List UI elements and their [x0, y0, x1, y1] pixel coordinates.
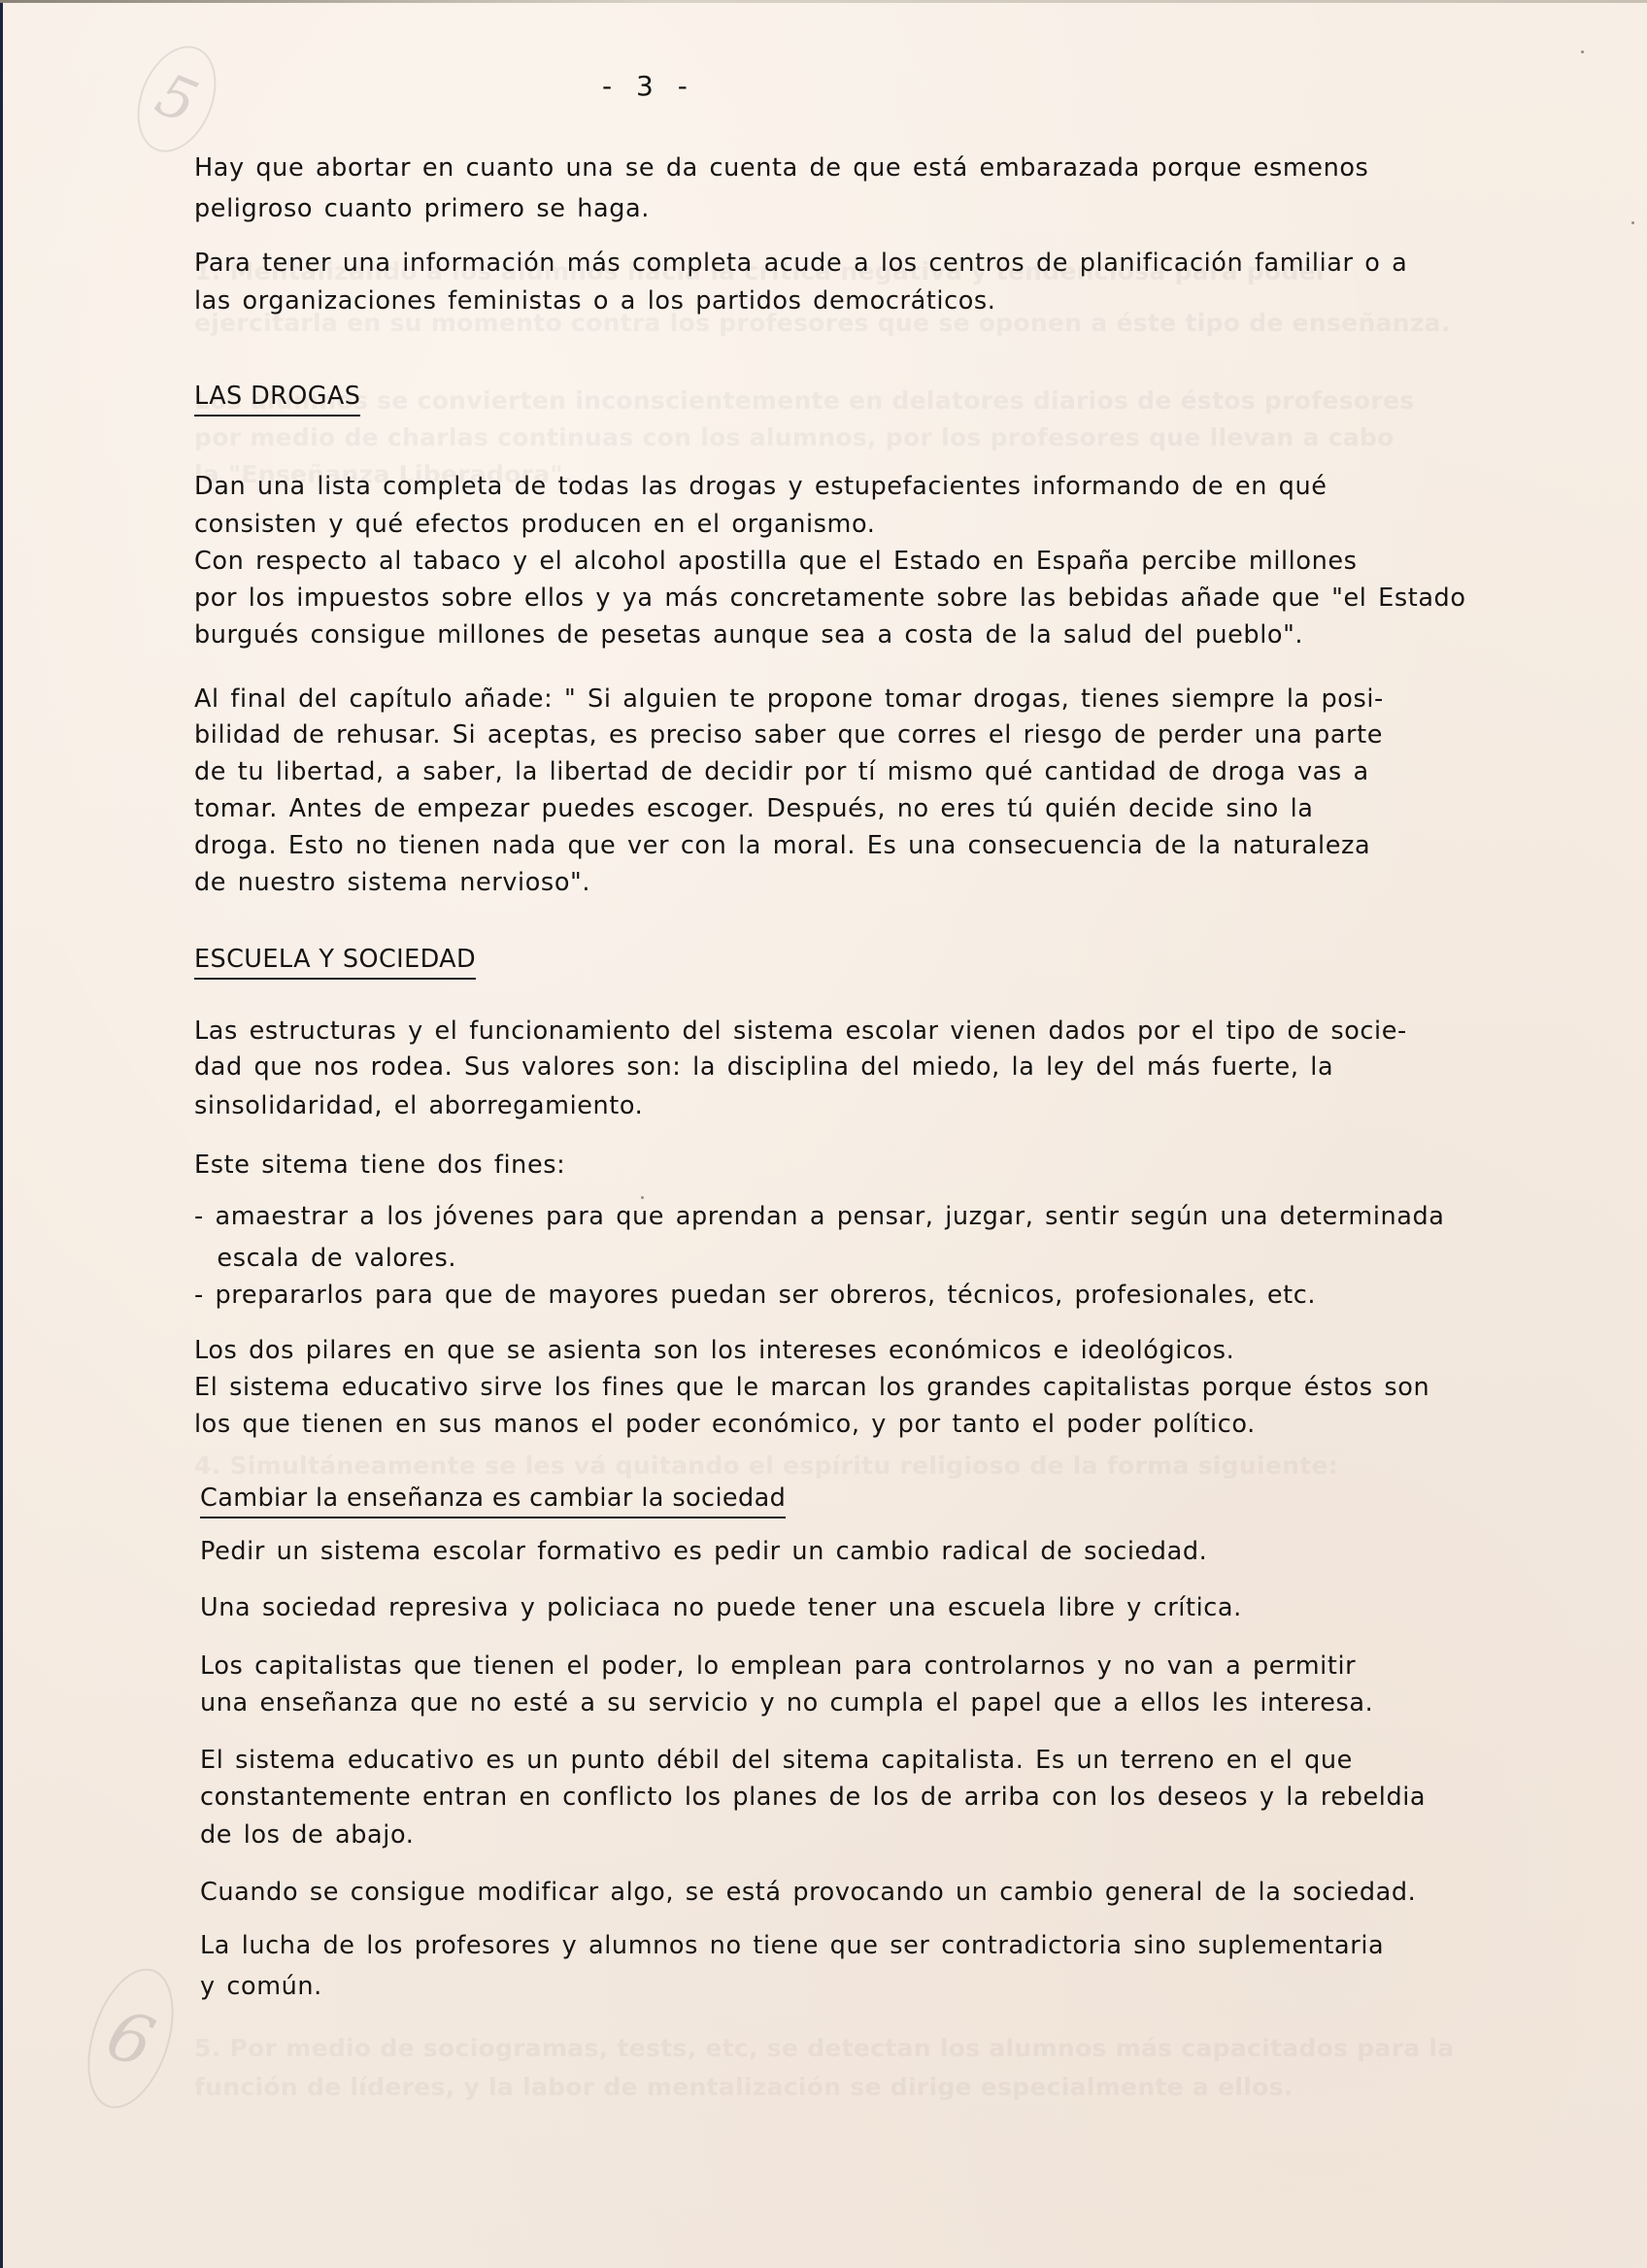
- paper-speck: [1581, 50, 1584, 53]
- bleed-through-text: 5. Por medio de sociogramas, tests, etc,…: [194, 2034, 1454, 2062]
- pencil-number: 6: [98, 1994, 164, 2084]
- body-text-line: Hay que abortar en cuanto una se da cuen…: [194, 152, 1368, 183]
- page-number: - 3 -: [602, 70, 695, 102]
- body-text-line: dad que nos rodea. Sus valores son: la d…: [194, 1051, 1333, 1083]
- body-text-line: El sistema educativo sirve los fines que…: [194, 1372, 1429, 1403]
- body-text-line: constantemente entran en conflicto los p…: [200, 1782, 1426, 1813]
- body-text-line: de los de abajo.: [200, 1819, 414, 1851]
- body-text-line: sinsolidaridad, el aborregamiento.: [194, 1090, 643, 1121]
- bleed-through-text: Los alumnos se convierten inconscienteme…: [194, 386, 1414, 415]
- body-text-line: bilidad de rehusar. Si aceptas, es preci…: [194, 719, 1383, 750]
- body-text-line: El sistema educativo es un punto débil d…: [200, 1745, 1353, 1776]
- body-text-line: tomar. Antes de empezar puedes escoger. …: [194, 793, 1313, 824]
- body-text-line: Pedir un sistema escolar formativo es pe…: [200, 1536, 1207, 1567]
- body-text-line: los que tienen en sus manos el poder eco…: [194, 1409, 1256, 1440]
- section-heading-drogas: LAS DROGAS: [194, 381, 360, 417]
- scan-edge-top: [0, 0, 1647, 3]
- body-text-line: las organizaciones feministas o a los pa…: [194, 285, 996, 317]
- body-text-line: Al final del capítulo añade: " Si alguie…: [194, 684, 1384, 715]
- body-text-line: Los dos pilares en que se asienta son lo…: [194, 1335, 1234, 1366]
- list-item: - amaestrar a los jóvenes para que apren…: [194, 1201, 1445, 1232]
- body-text-line: por los impuestos sobre ellos y ya más c…: [194, 583, 1466, 614]
- paper-speck: [1631, 221, 1634, 224]
- body-text-line: peligroso cuanto primero se haga.: [194, 193, 650, 224]
- body-text-line: y común.: [200, 1971, 322, 2002]
- bleed-through-text: función de líderes, y la labor de mental…: [194, 2073, 1294, 2101]
- body-text-line: Cuando se consigue modificar algo, se es…: [200, 1877, 1416, 1908]
- body-text-line: burgués consigue millones de pesetas aun…: [194, 619, 1303, 650]
- body-text-line: Los capitalistas que tienen el poder, lo…: [200, 1651, 1356, 1682]
- list-item: - prepararlos para que de mayores puedan…: [194, 1280, 1316, 1311]
- body-text-line: droga. Esto no tienen nada que ver con l…: [194, 830, 1370, 861]
- pencil-page-mark-top: 5: [122, 34, 230, 163]
- scanned-page: 1. Mentalizando a los alumnos hacia la c…: [0, 0, 1647, 2268]
- scan-edge-left: [0, 0, 3, 2268]
- paper-speck: [641, 1196, 644, 1199]
- body-text-line: consisten y qué efectos producen en el o…: [194, 509, 875, 540]
- body-text-line: Para tener una información más completa …: [194, 248, 1407, 279]
- body-text-line: Este sitema tiene dos fines:: [194, 1150, 565, 1181]
- body-text-line: Dan una lista completa de todas las drog…: [194, 471, 1328, 502]
- list-item-continuation: escala de valores.: [194, 1243, 456, 1274]
- bleed-through-text: 4. Simultáneamente se les vá quitando el…: [194, 1451, 1338, 1480]
- bleed-through-text: por medio de charlas continuas con los a…: [194, 423, 1395, 451]
- pencil-page-mark-bottom: 6: [72, 1957, 189, 2118]
- body-text-line: de nuestro sistema nervioso".: [194, 867, 590, 898]
- body-text-line: La lucha de los profesores y alumnos no …: [200, 1930, 1384, 1961]
- section-heading-escuela: ESCUELA Y SOCIEDAD: [194, 944, 476, 980]
- body-text-line: Una sociedad represiva y policiaca no pu…: [200, 1592, 1242, 1623]
- pencil-number: 5: [147, 60, 207, 137]
- body-text-line: una enseñanza que no esté a su servicio …: [200, 1687, 1373, 1718]
- body-text-line: Las estructuras y el funcionamiento del …: [194, 1016, 1407, 1047]
- body-text-line: Con respecto al tabaco y el alcohol apos…: [194, 546, 1358, 577]
- section-heading-cambiar: Cambiar la enseñanza es cambiar la socie…: [200, 1483, 786, 1518]
- body-text-line: de tu libertad, a saber, la libertad de …: [194, 756, 1369, 787]
